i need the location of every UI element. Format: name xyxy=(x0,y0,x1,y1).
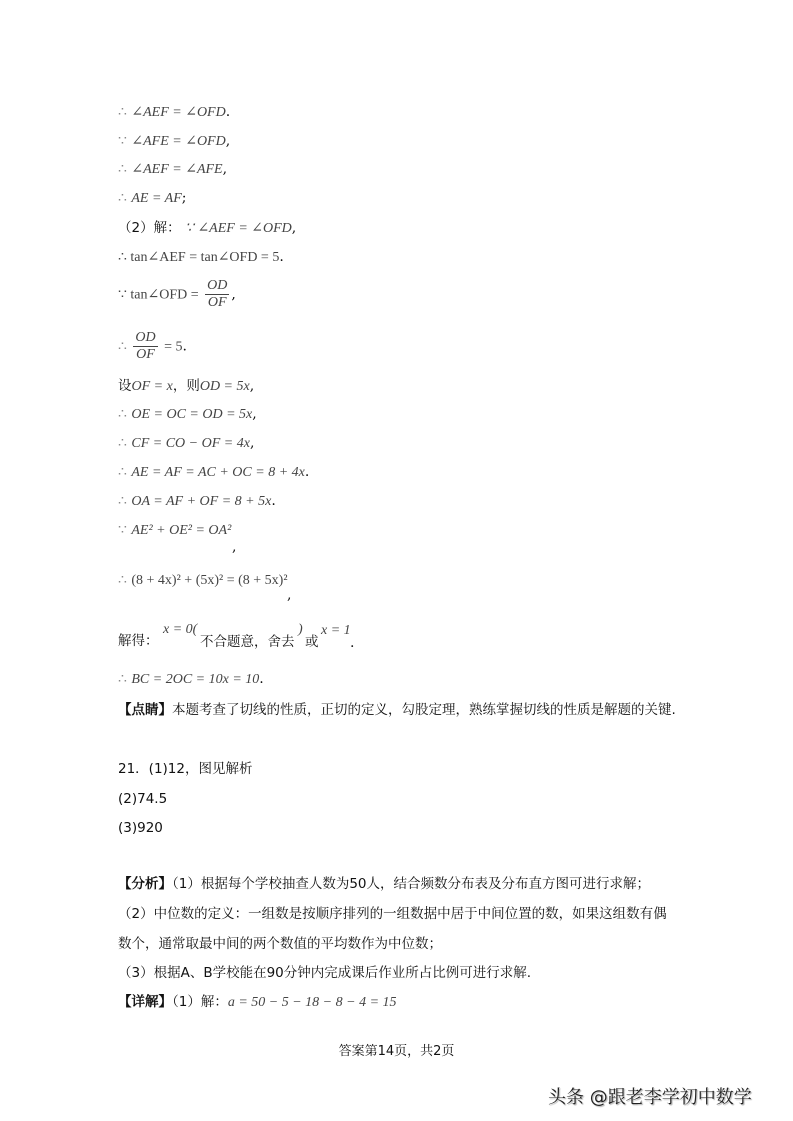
proof-line-2: ∵ ∠AFE = ∠OFD, xyxy=(118,132,230,151)
solve-x0: x = 0( xyxy=(163,620,197,639)
detail-line: 【详解】（1）解：a = 50 − 5 − 18 − 8 − 4 = 15 xyxy=(118,987,678,1018)
page-footer: 答案第14页，共2页 xyxy=(0,1040,793,1059)
pythagoras-line: ∵ AE² + OE² = OA² xyxy=(118,521,231,540)
proof-line-3: ∴ ∠AEF = ∠AFE, xyxy=(118,160,227,179)
q21-answer-3: (3)920 xyxy=(118,813,678,843)
proof-line-1: ∴ ∠AEF = ∠OFD. xyxy=(118,103,230,122)
watermark: 头条 @跟老李学初中数学 xyxy=(548,1083,752,1109)
part2-intro: （2）解： ∵ ∠AEF = ∠OFD, xyxy=(118,219,296,238)
comment-paragraph: 【点睛】本题考查了切线的性质，正切的定义，勾股定理，熟练掌握切线的性质是解题的关… xyxy=(118,695,678,725)
step-line-3: ∴ AE = AF = AC + OC = 8 + 4x. xyxy=(118,463,309,482)
fraction-od-of: OD OF xyxy=(133,330,157,363)
ratio-line: ∴ OD OF = 5. xyxy=(118,330,187,363)
analysis-item-1: 【分析】（1）根据每个学校抽查人数为50人，结合频数分布表及分布直方图可进行求解… xyxy=(118,869,678,899)
solve-end: . xyxy=(350,634,354,652)
step-line-4: ∴ OA = AF + OF = 8 + 5x. xyxy=(118,492,276,511)
solve-label: 解得： xyxy=(118,632,159,650)
solve-or: 或 xyxy=(305,633,319,651)
equation-comma: , xyxy=(287,586,291,604)
analysis-item-2: （2）中位数的定义：一组数是按顺序排列的一组数据中居于中间位置的数，如果这组数有… xyxy=(118,899,678,959)
tan-definition-line: ∵ tan∠OFD = OD OF , xyxy=(118,278,236,311)
solve-close-paren: ) xyxy=(298,620,303,639)
analysis-item-3: （3）根据A、B学校能在90分钟内完成课后作业所占比例可进行求解. xyxy=(118,958,678,988)
step-line-2: ∴ CF = CO − OF = 4x, xyxy=(118,434,254,453)
proof-line-4: ∴ AE = AF; xyxy=(118,189,187,208)
let-line: 设OF = x，则OD = 5x, xyxy=(118,377,254,396)
q21-answer-2: (2)74.5 xyxy=(118,784,678,814)
solve-x1: x = 1 xyxy=(321,621,351,640)
q21-answer-1: 21．(1)12，图见解析 xyxy=(118,754,678,784)
pythagoras-comma: , xyxy=(232,538,236,556)
equation-line: ∴ (8 + 4x)² + (5x)² = (8 + 5x)² xyxy=(118,571,288,590)
fraction-od-of: OD OF xyxy=(205,278,229,311)
solve-reject-text: 不合题意，舍去 xyxy=(200,633,295,651)
step-line-1: ∴ OE = OC = OD = 5x, xyxy=(118,405,257,424)
final-line: ∴ BC = 2OC = 10x = 10. xyxy=(118,670,264,689)
tan-equality-line: ∴ tan∠AEF = tan∠OFD = 5. xyxy=(118,248,284,267)
